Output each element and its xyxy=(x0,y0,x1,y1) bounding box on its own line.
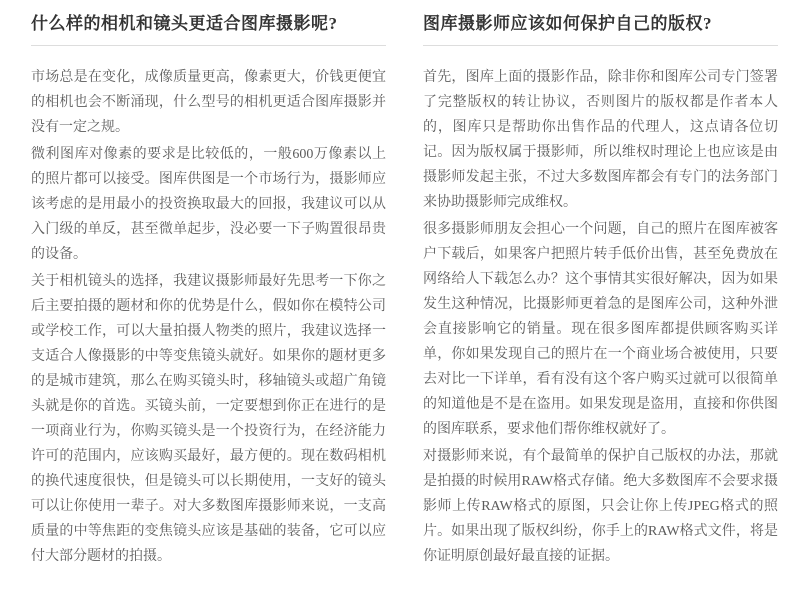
article-paragraph: 关于相机镜头的选择，我建议摄影师最好先思考一下你之后主要拍摄的题材和你的优势是什… xyxy=(31,269,386,569)
heading-divider xyxy=(423,45,778,46)
article-paragraph: 市场总是在变化，成像质量更高，像素更大，价钱更便宜的相机也会不断涌现，什么型号的… xyxy=(31,65,386,140)
article-page: 什么样的相机和镜头更适合图库摄影呢? 市场总是在变化，成像质量更高，像素更大，价… xyxy=(0,0,800,597)
article-heading-copyright: 图库摄影师应该如何保护自己的版权? xyxy=(423,13,778,35)
heading-divider xyxy=(31,45,386,46)
article-column-left: 什么样的相机和镜头更适合图库摄影呢? 市场总是在变化，成像质量更高，像素更大，价… xyxy=(31,13,386,597)
article-paragraph: 首先，图库上面的摄影作品，除非你和图库公司专门签署了完整版权的转让协议，否则图片… xyxy=(423,65,778,215)
article-heading-cameras: 什么样的相机和镜头更适合图库摄影呢? xyxy=(31,13,386,35)
article-paragraph: 对摄影师来说，有个最简单的保护自己版权的办法，那就是拍摄的时候用RAW格式存储。… xyxy=(423,444,778,569)
article-column-right: 图库摄影师应该如何保护自己的版权? 首先，图库上面的摄影作品，除非你和图库公司专… xyxy=(423,13,778,597)
article-paragraph: 微利图库对像素的要求是比较低的，一般600万像素以上的照片都可以接受。图库供图是… xyxy=(31,142,386,267)
article-paragraph: 很多摄影师朋友会担心一个问题，自己的照片在图库被客户下载后，如果客户把照片转手低… xyxy=(423,217,778,442)
